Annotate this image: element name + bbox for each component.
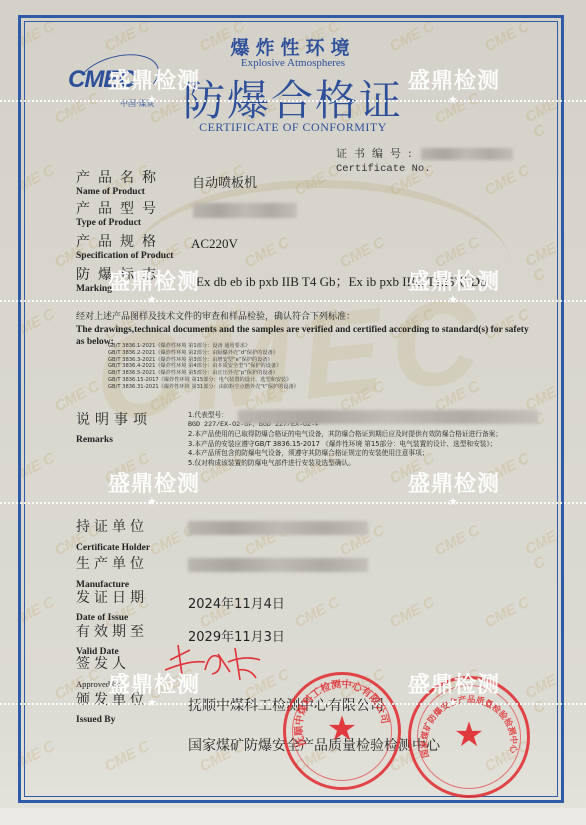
product-name-label-en: Name of Product (76, 186, 164, 198)
holder-value-redacted (188, 521, 368, 535)
page-bottom-strip (0, 808, 586, 825)
official-stamp-1: 抚顺中煤科工检测中心有限公司 ★ (283, 672, 401, 790)
certificate-number-label-cn: 证书编号: (336, 147, 419, 160)
overlay-watermark: 盛鼎检测 (408, 467, 500, 498)
watermark-star-icon: ★ (147, 293, 157, 306)
manufacturer-label-cn: 生产单位 (76, 556, 148, 572)
overlay-watermark: 盛鼎检测 (108, 467, 200, 498)
watermark-star-icon: ★ (448, 696, 458, 709)
remarks-label-cn: 说明事项 (76, 412, 152, 428)
overlay-watermark: 盛鼎检测 (108, 265, 200, 296)
certificate-number-value-redacted (421, 148, 513, 160)
standard-item: GB/T 3836.31-2021《爆炸性环境 第31部分：由防粉尘点燃外壳“t… (108, 384, 299, 391)
product-spec-value: AC220V (191, 236, 238, 252)
holder-label-en: Certificate Holder (76, 542, 150, 554)
remark-item: 4.本产品所包含的防爆电气设备，须遵守其防爆合格证规定的安装使用注意事项； (188, 449, 548, 459)
field-valid-date: 有效期至 Valid Date (76, 624, 148, 658)
field-product-spec: 产品规格 Specification of Product (76, 234, 173, 262)
standard-item: GB/T 3836.1-2021《爆炸性环境 第1部分：设备 通用要求》 (108, 343, 299, 350)
watermark-dotted-line (0, 300, 586, 302)
watermark-star-icon: ★ (147, 696, 157, 709)
category-title-cn: 爆炸性环境 (0, 33, 586, 60)
remark-item: 3.本产品的安装应遵守GB/T 3836.15-2017 《爆炸性环境 第15部… (188, 440, 548, 450)
watermark-dotted-line (0, 502, 586, 504)
stamp-star-icon: ★ (327, 709, 357, 749)
valid-date-label-cn: 有效期至 (76, 624, 148, 640)
issue-date-label-cn: 发证日期 (76, 590, 148, 606)
product-type-label-cn: 产品型号 (76, 201, 164, 217)
field-product-name: 产品名称 Name of Product (76, 170, 164, 198)
statement-cn: 经对上述产品图样及技术文件的审查和样品检验，确认符合下列标准： (76, 309, 536, 322)
standard-item: GB/T 3836.5-2021《爆炸性环境 第5部分：由正压外壳“p”保护的设… (108, 370, 299, 377)
field-certificate-holder: 持证单位 Certificate Holder (76, 519, 150, 554)
watermark-dotted-line (0, 100, 586, 102)
watermark-star-icon: ★ (448, 293, 458, 306)
watermark-star-icon: ★ (448, 93, 458, 106)
product-type-label-en: Type of Product (76, 217, 164, 229)
standard-item: GB/T 3836.15-2017《爆炸性环境 第15部分：电气装置的设计、选型… (108, 377, 299, 384)
remarks-model-redacted (238, 410, 538, 424)
product-name-value: 自动喷板机 (192, 172, 257, 191)
product-name-label-cn: 产品名称 (76, 170, 164, 186)
watermark-star-icon: ★ (448, 495, 458, 508)
field-product-type: 产品型号 Type of Product (76, 201, 164, 229)
issued-by-label-en: Issued By (76, 714, 148, 726)
certificate-number-label-en: Certificate No. (336, 163, 513, 175)
issue-date-label-en: Date of Issue (76, 612, 148, 624)
remark-item: 2.本产品使用的已取得防爆合格证的电气设备，其防爆合格证到期后应及时提供有效防爆… (188, 430, 548, 440)
field-manufacturer: 生产单位 Manufacture (76, 556, 148, 591)
stamp-star-icon: ★ (454, 715, 484, 755)
product-spec-label-en: Specification of Product (76, 250, 173, 262)
remarks-label-en: Remarks (76, 434, 152, 446)
manufacturer-value-redacted (188, 558, 368, 572)
standards-list: GB/T 3836.1-2021《爆炸性环境 第1部分：设备 通用要求》 GB/… (108, 343, 299, 391)
watermark-star-icon: ★ (147, 93, 157, 106)
field-remarks: 说明事项 Remarks (76, 412, 152, 446)
overlay-watermark: 盛鼎检测 (408, 265, 500, 296)
certificate-number: 证书编号: Certificate No. (336, 145, 513, 175)
product-spec-label-cn: 产品规格 (76, 234, 173, 250)
watermark-star-icon: ★ (147, 495, 157, 508)
overlay-watermark: 盛鼎检测 (108, 64, 200, 95)
watermark-dotted-line (0, 703, 586, 705)
product-type-value-redacted (193, 203, 297, 218)
standard-item: GB/T 3836.2-2021《爆炸性环境 第2部分：由隔爆外壳“d”保护的设… (108, 350, 299, 357)
overlay-watermark: 盛鼎检测 (408, 668, 500, 699)
overlay-watermark: 盛鼎检测 (408, 64, 500, 95)
page-title-en: CERTIFICATE OF CONFORMITY (0, 120, 586, 135)
overlay-watermark: 盛鼎检测 (108, 668, 200, 699)
holder-label-cn: 持证单位 (76, 519, 150, 535)
field-issue-date: 发证日期 Date of Issue (76, 590, 148, 624)
issue-date-value: 2024年11月4日 (188, 593, 285, 612)
